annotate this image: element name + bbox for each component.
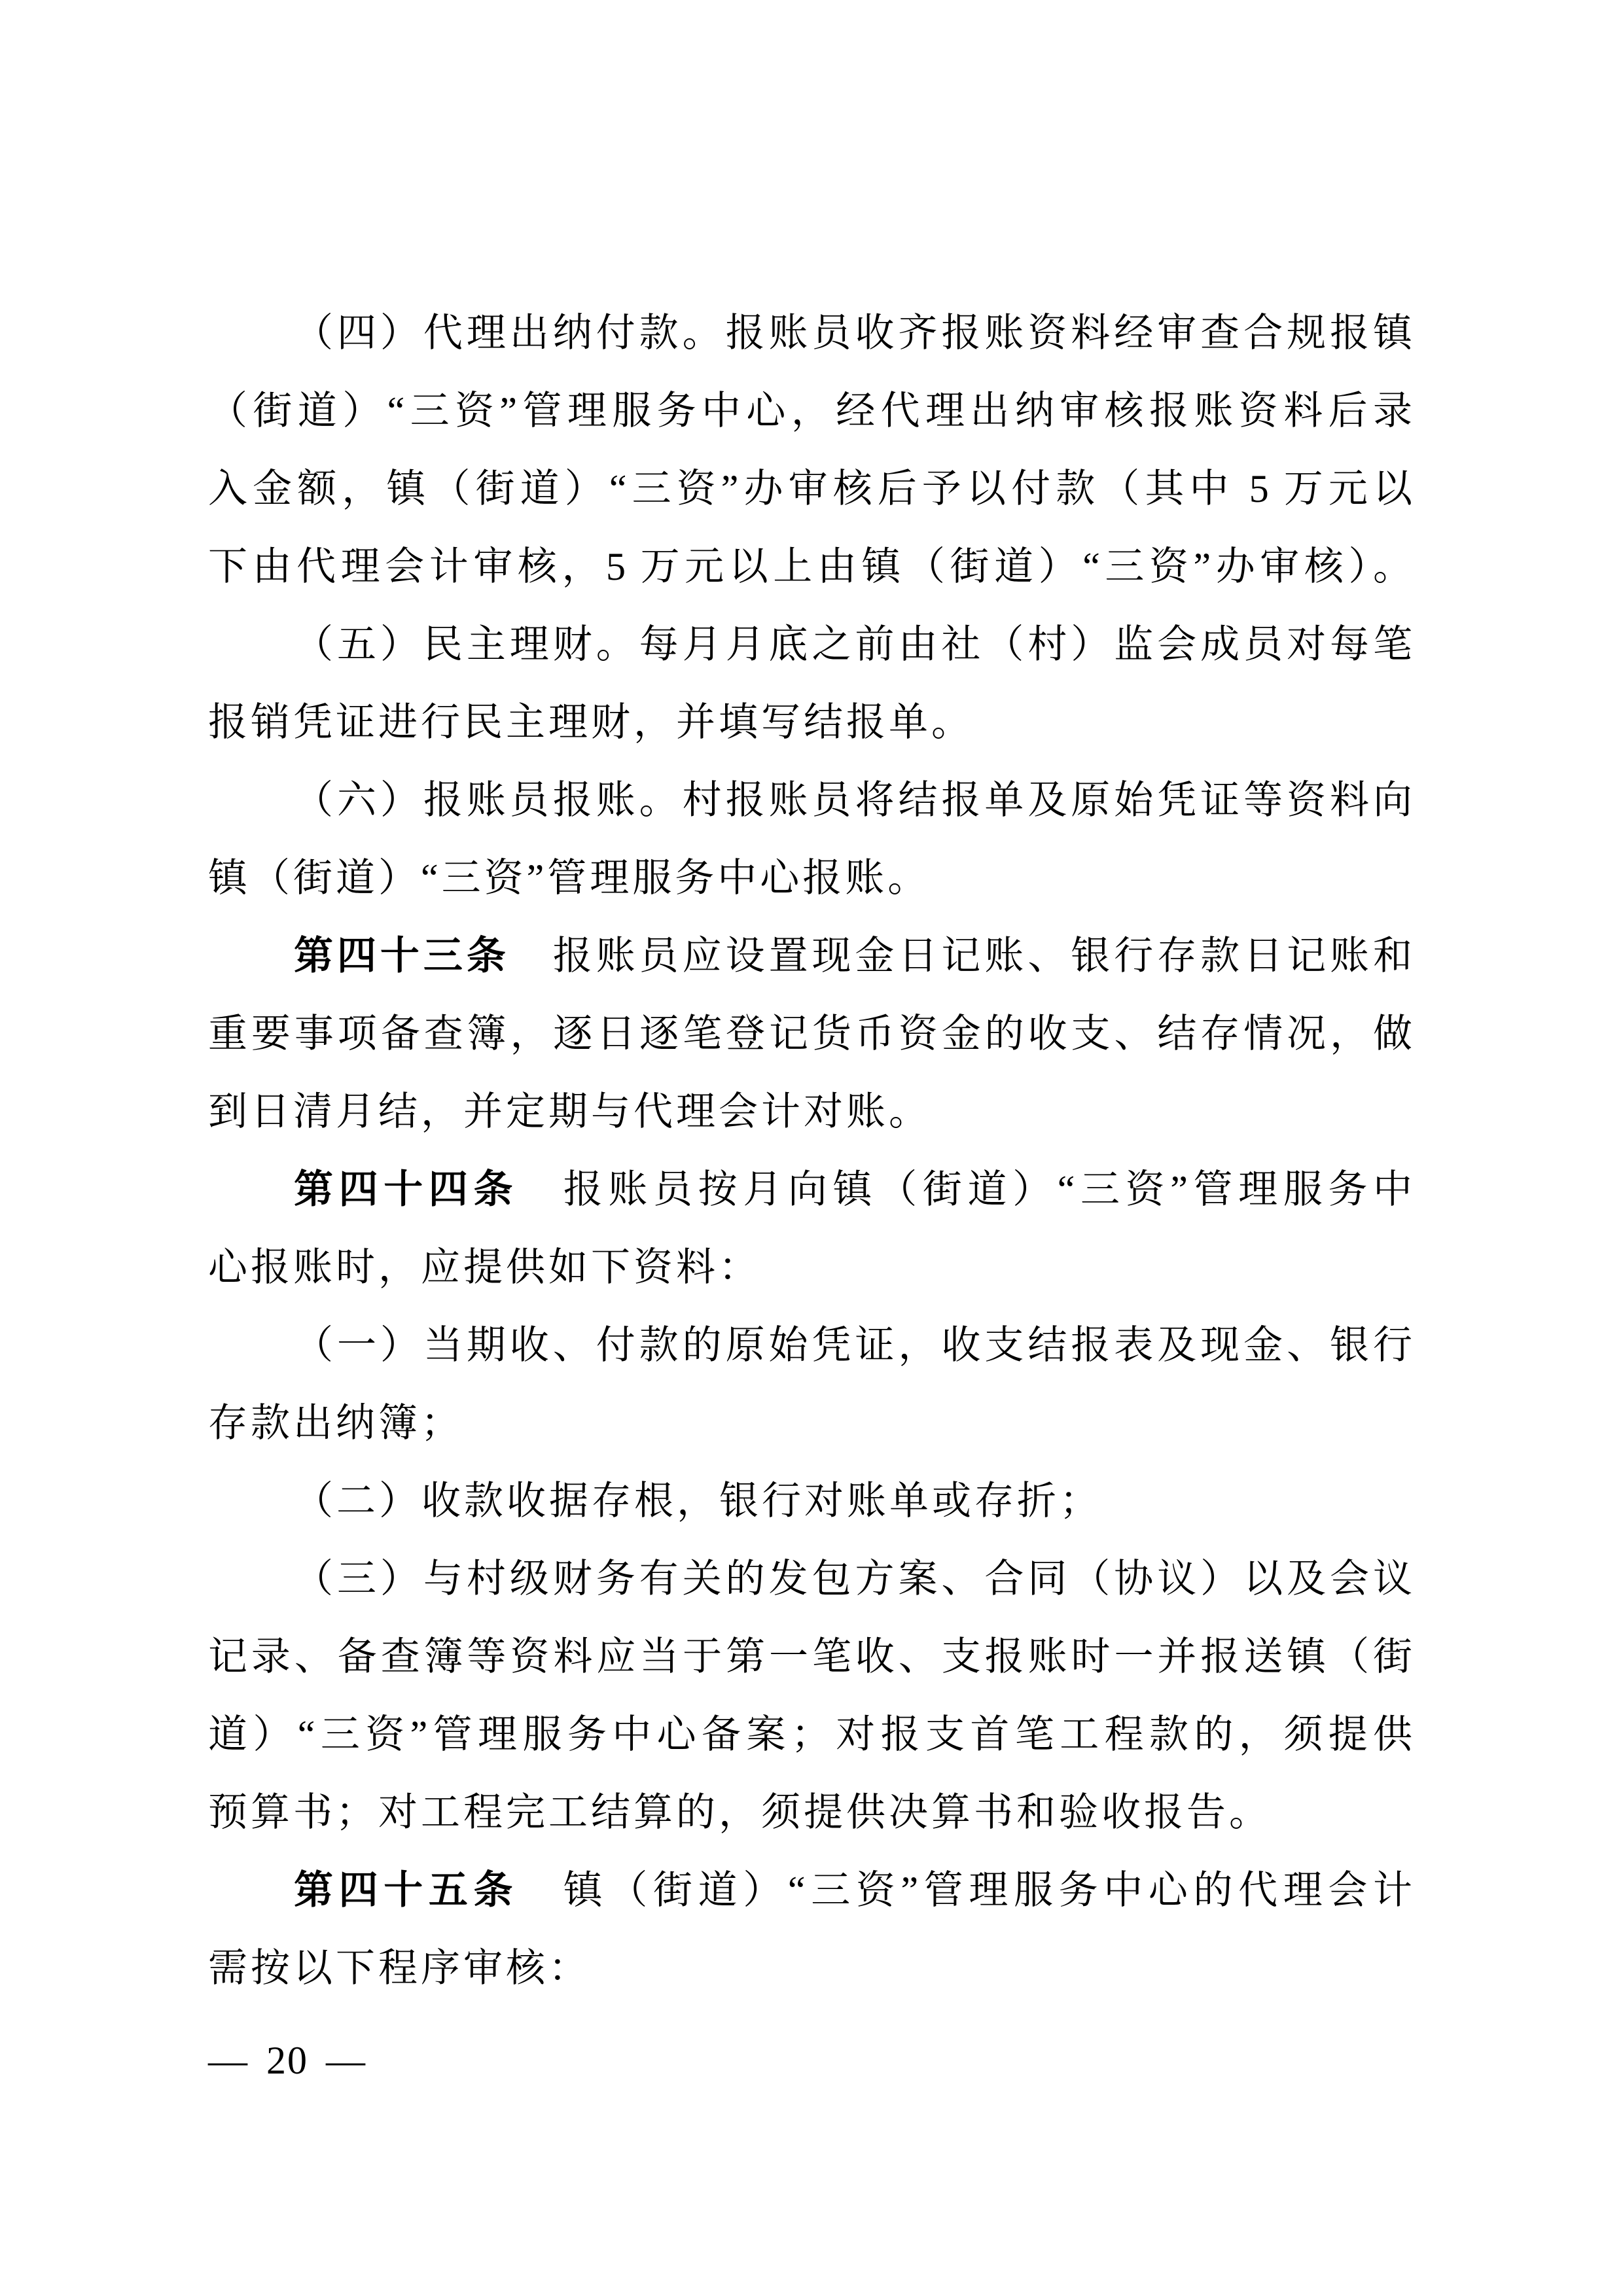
text-line: （六）报账员报账。村报账员将结报单及原始凭证等资料向	[208, 762, 1412, 839]
article-number: 第四十四条	[294, 1168, 518, 1211]
text-line: 存款出纳簿；	[208, 1385, 1412, 1462]
text-line: 心报账时，应提供如下资料：	[208, 1229, 1412, 1307]
page-number: — 20 —	[208, 2036, 366, 2085]
text-line: （一）当期收、付款的原始凭证，收支结报表及现金、银行	[208, 1307, 1412, 1385]
document-page: （四）代理出纳付款。报账员收齐报账资料经审查合规报镇 （街道）“三资”管理服务中…	[0, 0, 1623, 2296]
text-line: 预算书；对工程完工结算的，须提供决算书和验收报告。	[208, 1774, 1412, 1852]
document-body: （四）代理出纳付款。报账员收齐报账资料经审查合规报镇 （街道）“三资”管理服务中…	[208, 294, 1412, 2007]
text-line: 下由代理会计审核，5 万元以上由镇（街道）“三资”办审核）。	[208, 528, 1412, 606]
text-line: 重要事项备查簿，逐日逐笔登记货币资金的收支、结存情况，做	[208, 995, 1412, 1073]
text-line: （街道）“三资”管理服务中心，经代理出纳审核报账资料后录	[208, 372, 1412, 450]
text-line: 镇（街道）“三资”管理服务中心报账。	[208, 839, 1412, 917]
article-number: 第四十五条	[294, 1869, 518, 1912]
text-line: （四）代理出纳付款。报账员收齐报账资料经审查合规报镇	[208, 294, 1412, 372]
text-line: 记录、备查簿等资料应当于第一笔收、支报账时一并报送镇（街	[208, 1618, 1412, 1696]
text-line: 道）“三资”管理服务中心备案；对报支首笔工程款的，须提供	[208, 1696, 1412, 1774]
article-text: 报账员按月向镇（街道）“三资”管理服务中	[518, 1168, 1412, 1211]
text-line: （二）收款收据存根，银行对账单或存折；	[208, 1462, 1412, 1540]
text-line: 到日清月结，并定期与代理会计对账。	[208, 1073, 1412, 1151]
text-line: 第四十三条 报账员应设置现金日记账、银行存款日记账和	[208, 917, 1412, 995]
text-line: 第四十四条 报账员按月向镇（街道）“三资”管理服务中	[208, 1151, 1412, 1229]
text-line: （五）民主理财。每月月底之前由社（村）监会成员对每笔	[208, 606, 1412, 684]
text-line: （三）与村级财务有关的发包方案、合同（协议）以及会议	[208, 1540, 1412, 1618]
text-line: 需按以下程序审核：	[208, 1930, 1412, 2007]
article-text: 镇（街道）“三资”管理服务中心的代理会计	[518, 1869, 1412, 1912]
article-number: 第四十三条	[294, 934, 510, 978]
text-line: 第四十五条 镇（街道）“三资”管理服务中心的代理会计	[208, 1852, 1412, 1930]
text-line: 入金额，镇（街道）“三资”办审核后予以付款（其中 5 万元以	[208, 450, 1412, 528]
text-line: 报销凭证进行民主理财，并填写结报单。	[208, 684, 1412, 762]
article-text: 报账员应设置现金日记账、银行存款日记账和	[510, 934, 1412, 978]
